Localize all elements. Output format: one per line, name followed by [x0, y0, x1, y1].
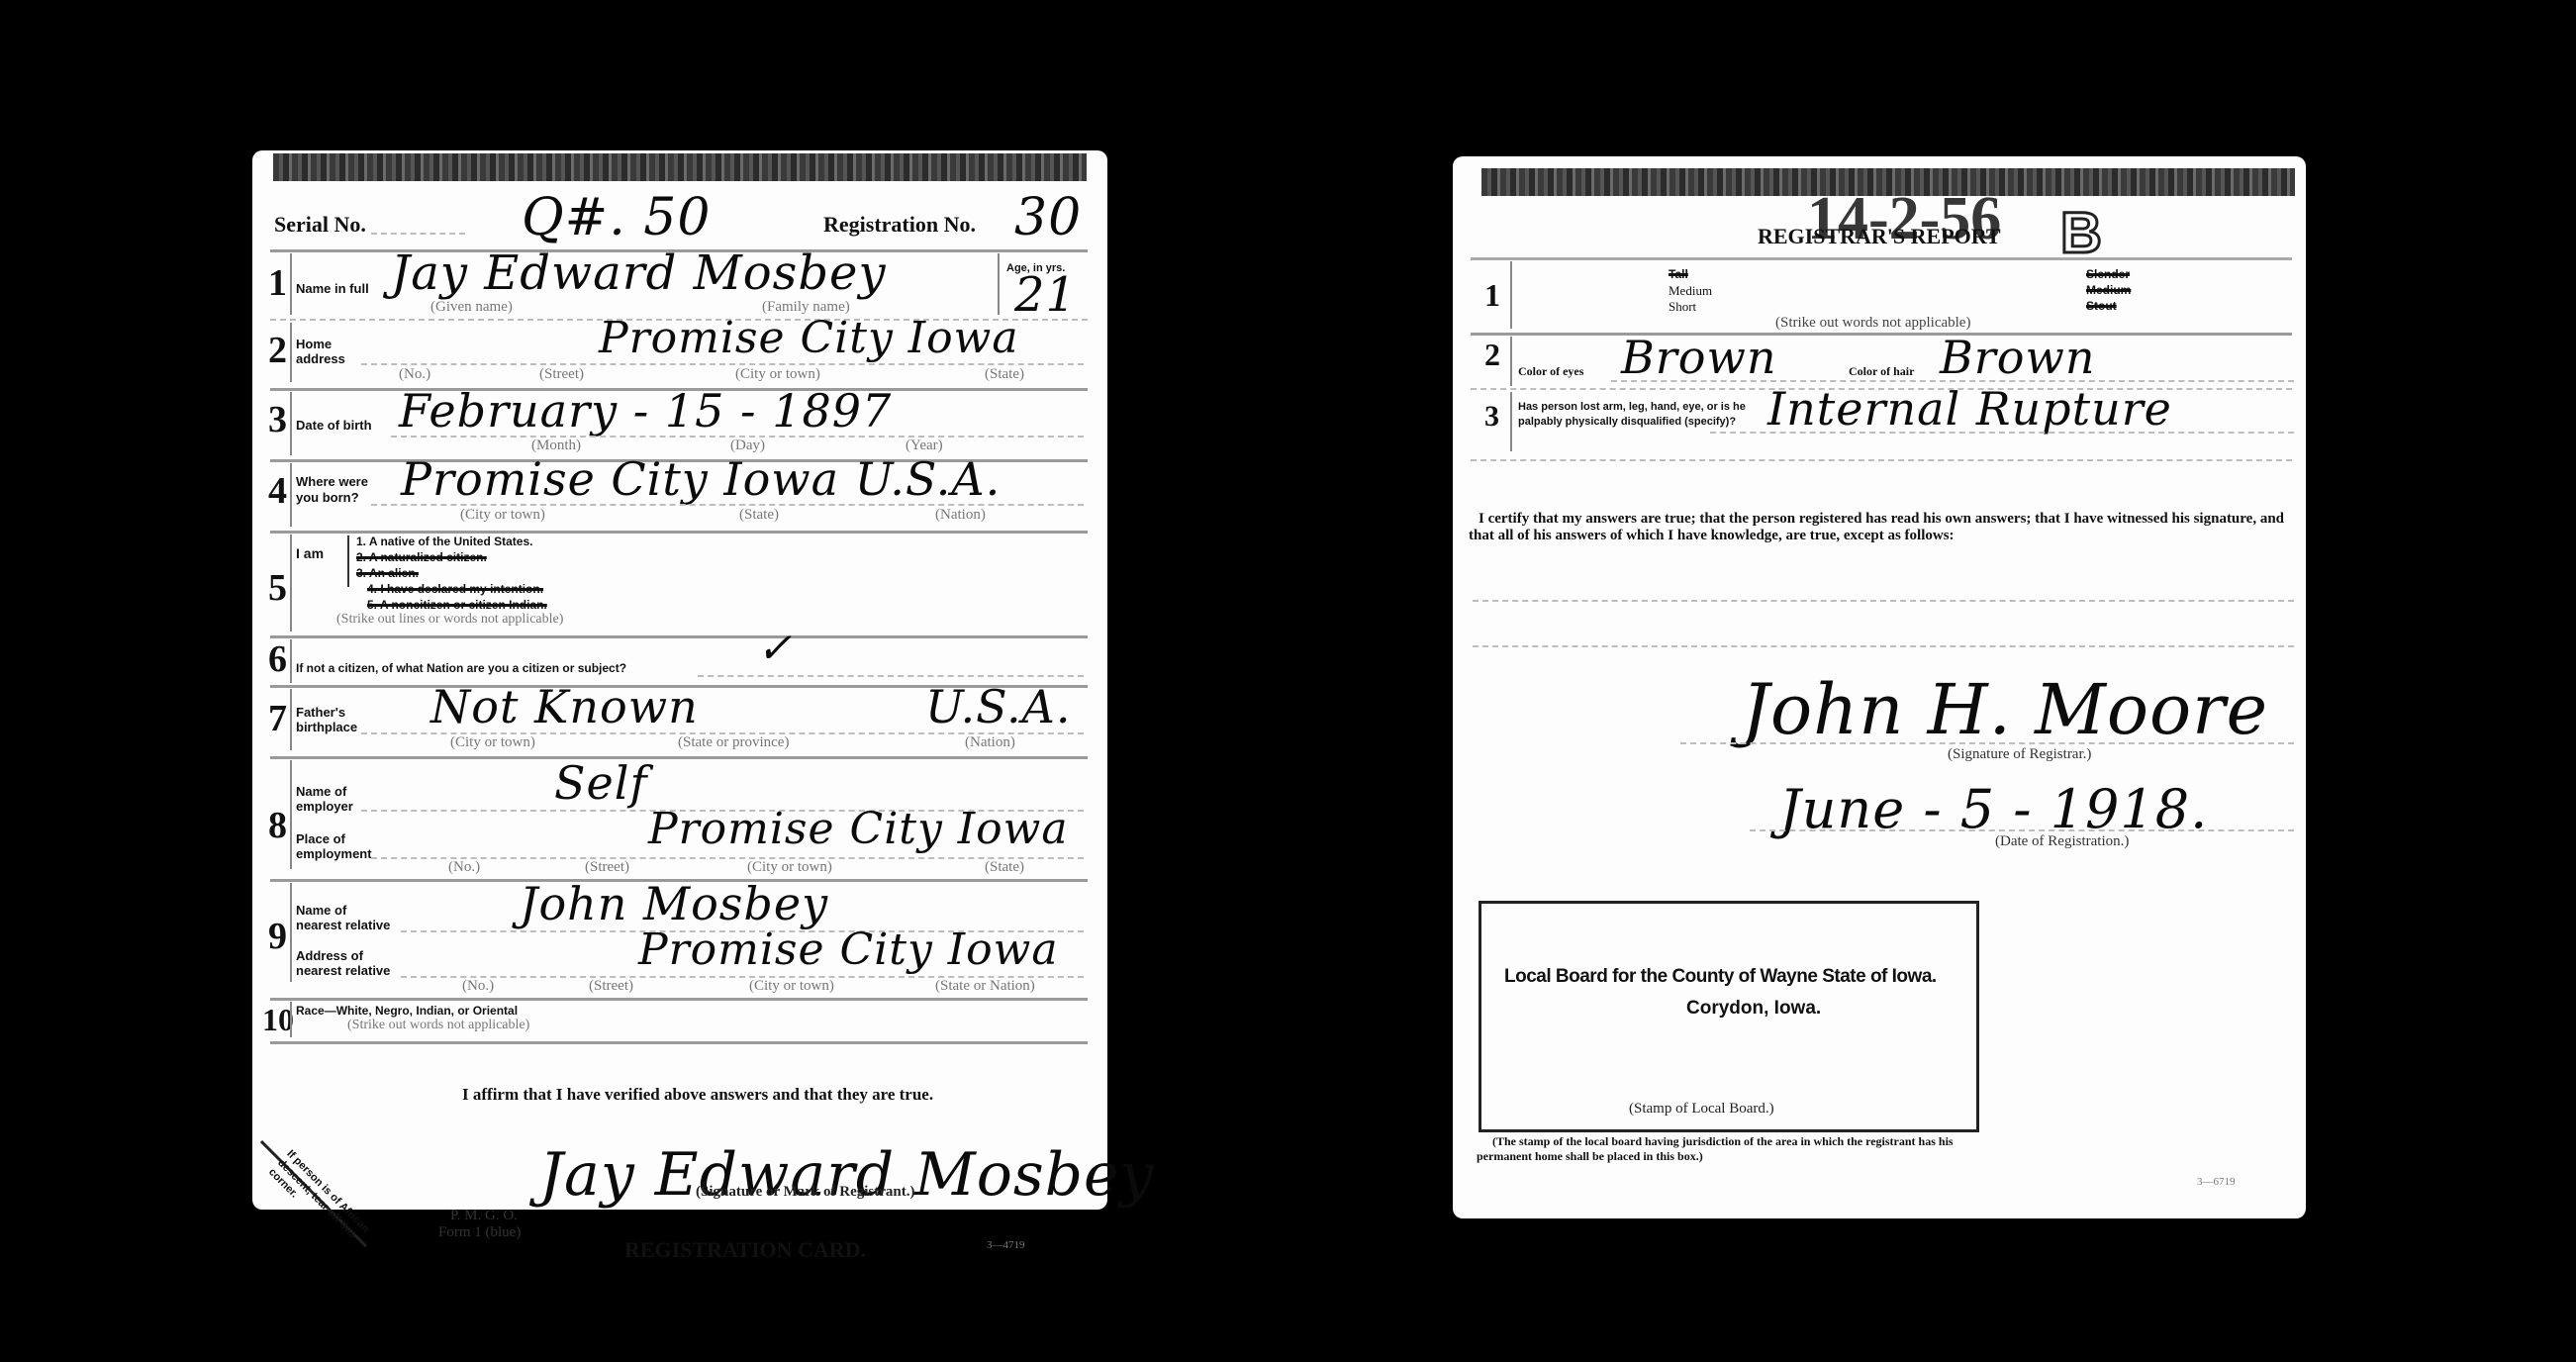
- caption-city: (City or town): [460, 507, 545, 524]
- divider: [270, 635, 1088, 638]
- divider: [270, 1041, 1088, 1044]
- registration-value: 30: [1014, 188, 1082, 247]
- i-am-label: I am: [296, 546, 324, 561]
- row-number-5: 5: [268, 566, 287, 610]
- row-number-9: 9: [268, 915, 287, 958]
- fill-line: [361, 363, 1084, 365]
- divider: [1471, 459, 2292, 461]
- status-options: [347, 535, 355, 587]
- registration-label: Registration No.: [823, 212, 976, 238]
- father-birthplace-nation: U.S.A.: [925, 680, 1072, 733]
- status-option-1: 1. A native of the United States.: [356, 535, 532, 549]
- registrar-signature-caption: (Signature of Registrar.): [1948, 746, 2091, 763]
- stamp-caption: (Stamp of Local Board.): [1629, 1101, 1774, 1118]
- divider: [1471, 333, 2292, 336]
- nation-question: If not a citizen, of what Nation are you…: [296, 661, 626, 676]
- serial-underline: [371, 233, 465, 235]
- home-address-label-1: Home: [296, 337, 332, 351]
- caption-street: (Street): [589, 978, 633, 995]
- row-number-1: 1: [268, 261, 287, 305]
- row-number-1: 1: [1484, 277, 1500, 314]
- employment-place-label-1: Place of: [296, 831, 345, 846]
- fill-line: [698, 675, 1084, 677]
- build-option-stout: Stout: [2086, 299, 2117, 314]
- relative-value: John Mosbey: [520, 877, 828, 930]
- dob-label: Date of birth: [296, 418, 372, 433]
- row-rule: [290, 253, 292, 315]
- caption-nation: (Nation): [935, 507, 986, 524]
- relative-label-1: Name of: [296, 903, 346, 918]
- race-label: Race—White, Negro, Indian, or Oriental: [296, 1004, 518, 1019]
- name-label: Name in full: [296, 281, 369, 296]
- row-rule: [290, 639, 292, 683]
- registration-date-caption: (Date of Registration.): [1995, 833, 2129, 850]
- row-number-4: 4: [268, 469, 287, 513]
- fill-line: [1710, 432, 2294, 434]
- caption-no: (No.): [462, 978, 494, 995]
- row-number-2: 2: [1484, 337, 1500, 373]
- divider: [270, 531, 1088, 534]
- height-option-tall: Tall: [1669, 267, 1688, 282]
- father-birthplace-label-1: Father's: [296, 705, 345, 720]
- serial-label: Serial No.: [274, 212, 366, 238]
- caption-city: (City or town): [735, 366, 820, 383]
- build-option-slender: Slender: [2086, 267, 2130, 282]
- caption-state-nation: (State or Nation): [935, 978, 1035, 995]
- dob-value: February - 15 - 1897: [399, 384, 892, 438]
- caption-city: (City or town): [747, 859, 832, 876]
- caption-state: (State): [985, 859, 1024, 876]
- row-number-3: 3: [268, 398, 287, 441]
- employer-label-1: Name of: [296, 784, 346, 799]
- hair-color-label: Color of hair: [1849, 364, 1914, 379]
- height-option-short: Short: [1669, 299, 1696, 314]
- nation-check: ✓: [757, 624, 793, 672]
- exceptions-line-1: [1473, 600, 2294, 602]
- disqualification-question-2: palpably physically disqualified (specif…: [1518, 415, 1736, 430]
- caption-city: (City or town): [450, 734, 535, 751]
- exceptions-line-2: [1473, 645, 2294, 647]
- card-title: REGISTRATION CARD.: [624, 1237, 866, 1263]
- birthplace-label-2: you born?: [296, 490, 359, 505]
- divider: [270, 756, 1088, 759]
- father-birthplace-label-2: birthplace: [296, 720, 357, 734]
- row-number-8: 8: [268, 804, 287, 847]
- row-rule: [1510, 261, 1512, 329]
- caption-state: (State): [985, 366, 1024, 383]
- row-rule: [290, 760, 292, 869]
- home-address-label-2: address: [296, 351, 345, 366]
- employment-place-label-2: employment: [296, 846, 372, 861]
- form-footnote: 3—4719: [987, 1239, 1025, 1251]
- status-option-3: 3. An alien.: [356, 566, 419, 581]
- divider: [270, 998, 1088, 1001]
- row-rule: [290, 1002, 292, 1037]
- row-rule: [1510, 337, 1512, 386]
- build-option-medium: Medium: [2086, 283, 2131, 298]
- row-rule: [290, 392, 292, 455]
- status-option-2: 2. A naturalized citizen.: [356, 550, 487, 565]
- caption-state-province: (State or province): [678, 734, 789, 751]
- caption-street: (Street): [585, 859, 629, 876]
- caption-state: (State): [739, 507, 779, 524]
- registrar-signature: John H. Moore: [1742, 669, 2268, 750]
- employer-label-2: employer: [296, 799, 353, 814]
- signature-caption: (Signature or Mark of Registrant.): [696, 1184, 915, 1201]
- row-rule: [290, 535, 292, 632]
- header-band: [273, 153, 1087, 181]
- row-rule: [290, 463, 292, 527]
- stamp-line-2: Corydon, Iowa.: [1686, 998, 1821, 1020]
- father-birthplace-city: Not Known: [430, 680, 699, 733]
- registration-card: Serial No. Q#. 50 Registration No. 30 1 …: [252, 150, 1107, 1210]
- report-title: REGISTRAR'S REPORT: [1758, 224, 2001, 249]
- stamp-line-1: Local Board for the County of Wayne Stat…: [1504, 966, 1937, 988]
- home-address-value: Promise City Iowa: [599, 313, 1019, 363]
- height-option-medium: Medium: [1669, 283, 1712, 298]
- affirm-statement: I affirm that I have verified above answ…: [462, 1085, 933, 1105]
- status-option-4: 4. I have declared my intention.: [367, 582, 543, 597]
- relative-address-label-2: nearest relative: [296, 963, 390, 978]
- eye-color-value: Brown: [1621, 331, 1777, 384]
- row-number-6: 6: [268, 637, 287, 681]
- age-rule: [998, 253, 1000, 315]
- race-note: (Strike out words not applicable): [347, 1018, 529, 1033]
- form-footnote: 3—6719: [2197, 1176, 2236, 1188]
- divider: [1471, 257, 2292, 260]
- eye-color-label: Color of eyes: [1518, 364, 1583, 379]
- form-label: Form 1 (blue): [438, 1224, 521, 1241]
- certify-statement: I certify that my answers are true; that…: [1469, 511, 2292, 544]
- row-number-2: 2: [268, 329, 287, 372]
- row-rule: [1510, 392, 1512, 451]
- fill-line: [371, 504, 1084, 506]
- relative-address-label-1: Address of: [296, 948, 363, 963]
- row-rule: [290, 323, 292, 382]
- relative-address-value: Promise City Iowa: [638, 924, 1059, 975]
- row-rule: [290, 689, 292, 750]
- given-name-caption: (Given name): [430, 299, 513, 316]
- serial-value: Q#. 50: [522, 188, 711, 247]
- row-rule: [290, 883, 292, 982]
- signature-line: [1680, 742, 2294, 744]
- stamp-instructions: (The stamp of the local board having jur…: [1477, 1134, 1981, 1164]
- hair-color-value: Brown: [1940, 331, 2096, 384]
- caption-nation: (Nation): [965, 734, 1015, 751]
- caption-city: (City or town): [749, 978, 834, 995]
- birthplace-label-1: Where were: [296, 474, 368, 489]
- registrar-report-card: 14-2-56 B REGISTRAR'S REPORT 1 Tall Medi…: [1453, 156, 2306, 1218]
- employer-value: Self: [554, 756, 647, 810]
- row-number-3: 3: [1484, 400, 1499, 434]
- status-option-5: 5. A noncitizen or citizen Indian.: [367, 598, 547, 613]
- strike-note: (Strike out lines or words not applicabl…: [336, 612, 563, 628]
- disqualification-question-1: Has person lost arm, leg, hand, eye, or …: [1518, 400, 1746, 415]
- relative-label-2: nearest relative: [296, 918, 390, 932]
- disqualification-value: Internal Rupture: [1767, 382, 2172, 436]
- stamp-letter: B: [2060, 200, 2102, 266]
- caption-no: (No.): [448, 859, 480, 876]
- name-value: Jay Edward Mosbey: [391, 245, 887, 301]
- employment-place-value: Promise City Iowa: [648, 804, 1069, 854]
- caption-street: (Street): [539, 366, 584, 383]
- pmgo-label: P. M. G. O.: [450, 1208, 518, 1224]
- strike-note: (Strike out words not applicable): [1775, 315, 1970, 332]
- caption-no: (No.): [399, 366, 430, 383]
- corner-tearoff-note: If person is of African descent, tear of…: [265, 1148, 384, 1267]
- birthplace-value: Promise City Iowa U.S.A.: [401, 452, 1001, 506]
- row-number-7: 7: [268, 697, 287, 740]
- age-value: 21: [1014, 267, 1077, 323]
- date-line: [1750, 829, 2294, 831]
